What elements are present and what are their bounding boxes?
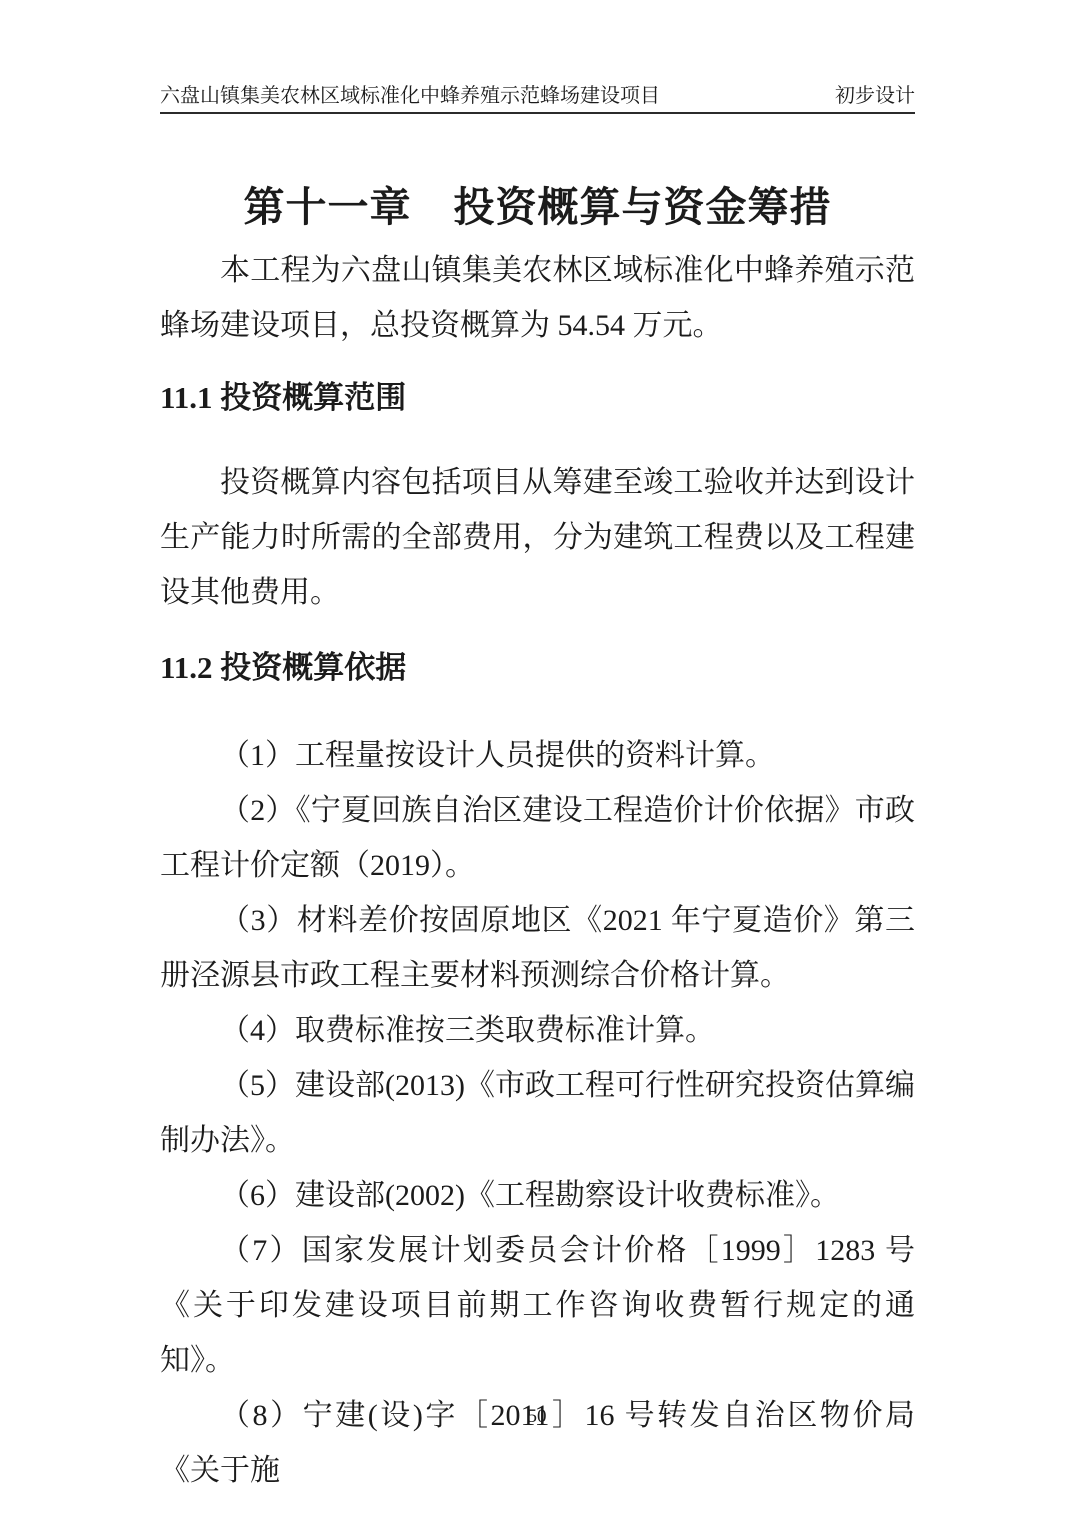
scope-paragraph: 投资概算内容包括项目从筹建至竣工验收并达到设计生产能力时所需的全部费用，分为建筑… — [160, 455, 915, 620]
basis-item-8: （8）宁建(设)字［2011］16 号转发自治区物价局《关于施 — [160, 1388, 915, 1498]
section-heading-11-1: 11.1 投资概算范围 — [160, 378, 915, 418]
document-content: 第十一章 投资概算与资金筹措 本工程为六盘山镇集美农林区域标准化中蜂养殖示范蜂场… — [160, 0, 915, 1520]
section-heading-11-2: 11.2 投资概算依据 — [160, 648, 915, 688]
chapter-title: 第十一章 投资概算与资金筹措 — [160, 174, 915, 233]
basis-item-1: （1）工程量按设计人员提供的资料计算。 — [160, 728, 915, 783]
basis-item-2: （2）《宁夏回族自治区建设工程造价计价依据》市政工程计价定额（2019）。 — [160, 783, 915, 893]
basis-item-3: （3）材料差价按固原地区《2021 年宁夏造价》第三册泾源县市政工程主要材料预测… — [160, 893, 915, 1003]
basis-item-6: （6）建设部(2002)《工程勘察设计收费标准》。 — [160, 1168, 915, 1223]
basis-item-4: （4）取费标准按三类取费标准计算。 — [160, 1003, 915, 1058]
page-number: 50 — [0, 1406, 1074, 1428]
basis-item-7: （7）国家发展计划委员会计价格［1999］1283 号《关于印发建设项目前期工作… — [160, 1223, 915, 1388]
intro-paragraph: 本工程为六盘山镇集美农林区域标准化中蜂养殖示范蜂场建设项目，总投资概算为 54.… — [160, 243, 915, 353]
document-page: 六盘山镇集美农林区域标准化中蜂养殖示范蜂场建设项目 初步设计 第十一章 投资概算… — [0, 0, 1074, 1520]
basis-item-list: （1）工程量按设计人员提供的资料计算。 （2）《宁夏回族自治区建设工程造价计价依… — [160, 728, 915, 1498]
basis-item-5: （5）建设部(2013)《市政工程可行性研究投资估算编制办法》。 — [160, 1058, 915, 1168]
